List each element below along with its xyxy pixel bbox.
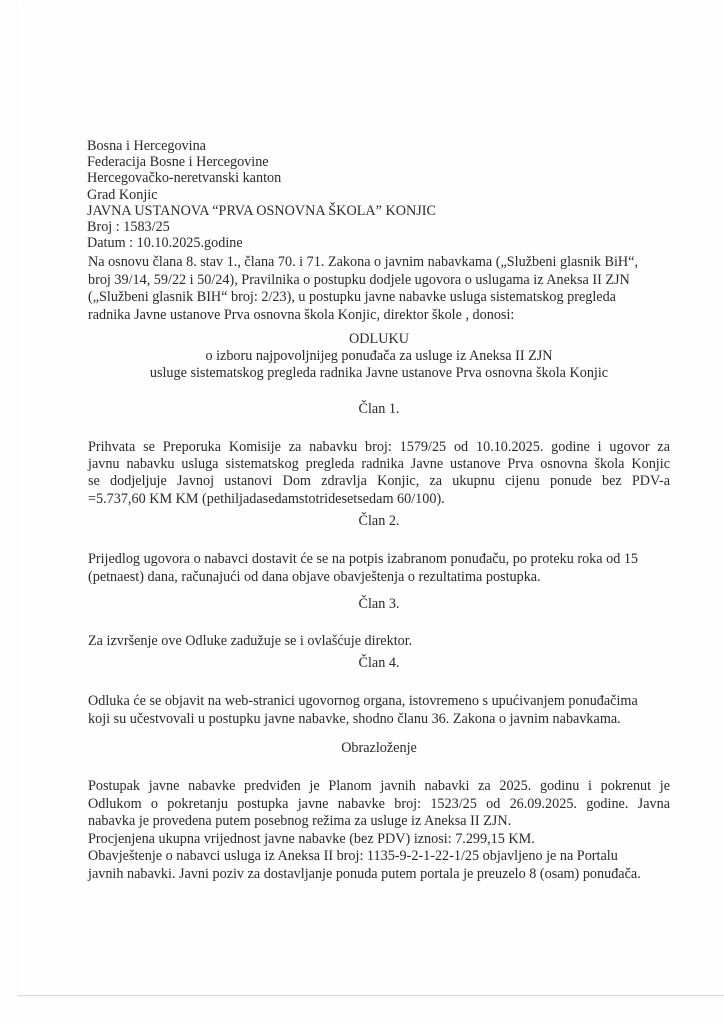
article-2-body: Prijedlog ugovora o nabavci dostavit će …	[88, 550, 670, 586]
reasoning-line: Postupak javne nabavke predviđen je Plan…	[88, 778, 670, 796]
decision-title: ODLUKU	[88, 331, 670, 348]
reasoning-line: nabavka je provedena putem posebnog reži…	[88, 813, 670, 831]
article-3-line: Za izvršenje ove Odluke zadužuje se i ov…	[88, 633, 670, 650]
article-3-heading: Član 3.	[88, 596, 670, 613]
decision-subtitle-1: o izboru najpovoljnijeg ponuđača za uslu…	[88, 348, 670, 365]
article-4-body: Odluka će se objavit na web-stranici ugo…	[88, 692, 670, 728]
reasoning-line: Odlukom o pokretanju postupka javne naba…	[88, 796, 670, 814]
header-country: Bosna i Hercegovina	[87, 138, 436, 154]
article-1-body: Prihvata se Preporuka Komisije za nabavk…	[88, 439, 670, 508]
preamble-line: radnika Javne ustanove Prva osnovna škol…	[88, 307, 670, 325]
document-header: Bosna i Hercegovina Federacija Bosne i H…	[87, 138, 436, 251]
header-federation: Federacija Bosne i Hercegovine	[87, 154, 436, 170]
article-2-line: Prijedlog ugovora o nabavci dostavit će …	[88, 550, 670, 568]
article-4-line: Odluka će se objavit na web-stranici ugo…	[88, 692, 670, 710]
preamble: Na osnovu člana 8. stav 1., člana 70. i …	[88, 254, 670, 324]
header-number: Broj : 1583/25	[87, 219, 436, 235]
preamble-line: Na osnovu člana 8. stav 1., člana 70. i …	[88, 254, 670, 272]
preamble-line: broj 39/14, 59/22 i 50/24), Pravilnika o…	[88, 272, 670, 290]
article-3-body: Za izvršenje ove Odluke zadužuje se i ov…	[88, 633, 670, 650]
header-date: Datum : 10.10.2025.godine	[87, 235, 436, 251]
header-institution: JAVNA USTANOVA “PRVA OSNOVNA ŠKOLA” KONJ…	[87, 203, 436, 219]
header-city: Grad Konjic	[87, 187, 436, 203]
article-1-line: se dodjeljuje Javnoj ustanovi Dom zdravl…	[88, 473, 670, 490]
article-2-line: (petnaest) dana, računajući od dana obja…	[88, 568, 670, 586]
article-4-line: koji su učestvovali u postupku javne nab…	[88, 710, 670, 728]
article-1-line: =5.737,60 KM KM (pethiljadasedamstotride…	[88, 491, 670, 508]
reasoning-heading: Obrazloženje	[88, 740, 670, 757]
reasoning-line: Obavještenje o nabavci usluga iz Aneksa …	[88, 848, 670, 866]
reasoning-line: javnih nabavki. Javni poziv za dostavlja…	[88, 866, 670, 884]
reasoning-body: Postupak javne nabavke predviđen je Plan…	[88, 778, 670, 884]
article-4-heading: Član 4.	[88, 655, 670, 672]
article-1-line: javnu nabavku usluga sistematskog pregle…	[88, 456, 670, 473]
article-2-heading: Član 2.	[88, 513, 670, 530]
decision-title-block: ODLUKU o izboru najpovoljnijeg ponuđača …	[88, 331, 670, 382]
article-1-heading: Član 1.	[88, 401, 670, 418]
preamble-line: („Službeni glasnik BIH“ broj: 2/23), u p…	[88, 289, 670, 307]
reasoning-line: Procjenjena ukupna vrijednost javne naba…	[88, 831, 670, 849]
header-canton: Hercegovačko-neretvanski kanton	[87, 170, 436, 186]
decision-subtitle-2: usluge sistematskog pregleda radnika Jav…	[88, 365, 670, 382]
article-1-line: Prihvata se Preporuka Komisije za nabavk…	[88, 439, 670, 456]
